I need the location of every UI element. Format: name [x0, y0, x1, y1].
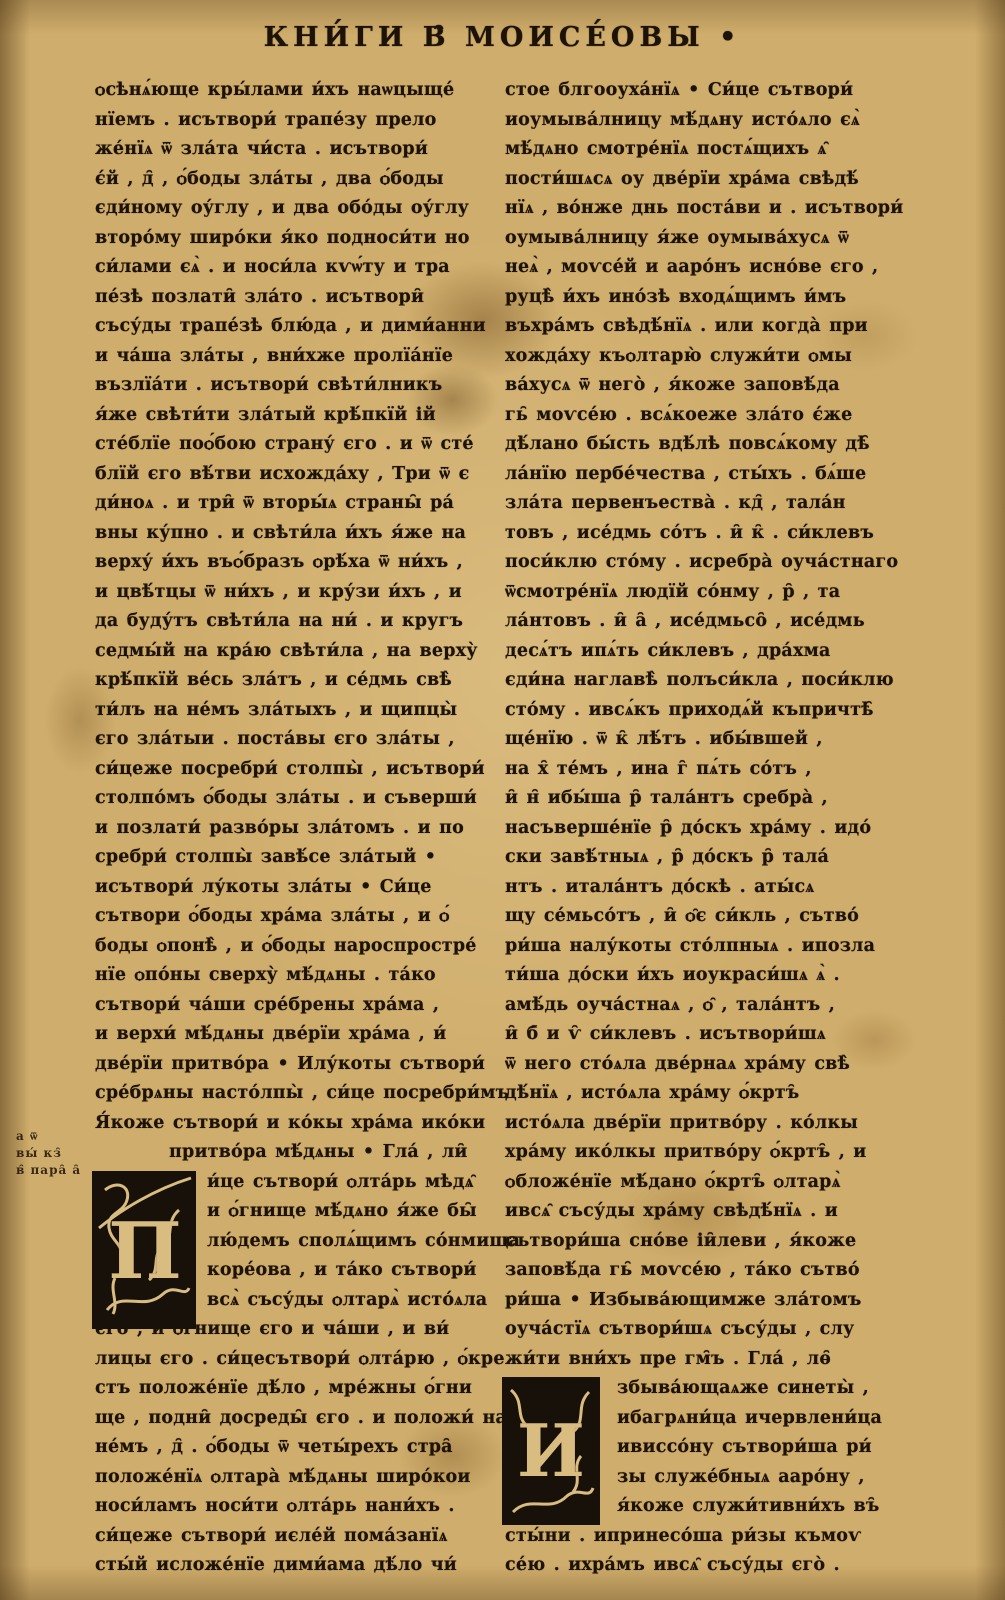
text-line: носи́ламъ носи́ти ѻлта́рь нани́хъ . — [95, 1492, 495, 1522]
text-line: столпо́мъ ѻ́боды зла́ты . и съверши́ — [95, 784, 495, 814]
text-line: и позлати́ разво́ры зла́томъ . и по — [95, 814, 495, 844]
left-column-bottom-lines: єго , и ѻ́гнище єго и ча́ши , и ви́лицы … — [95, 1315, 495, 1581]
text-line: седмы́й на кра́ю свѣти́ла , на верху̀ — [95, 637, 495, 667]
left-column-top-lines: ѻсѣнѧ́юще кры́лами и́хъ наѡцыще́нїемъ . … — [95, 76, 495, 1138]
text-line: хра́му ико́лкы притво́ру ѻ́кртъ̑ , и — [505, 1138, 909, 1168]
text-line: насъверше́нїе р̑ до́скъ хра́му . идо́ — [505, 814, 909, 844]
text-line: гь̑ моѵсе́ю . всѧ́коеже зла́то є́же — [505, 401, 909, 431]
text-line: оуча́стїѧ сътвори́шѧ съсу́ды , слу — [505, 1315, 909, 1345]
right-column-bottom-lines: сты́ни . ипринесо́ша ри́зы къмоѵсе́ю . и… — [505, 1522, 909, 1581]
text-line: оумыва́лницу я́же оумыва́хусѧ ѿ — [505, 224, 909, 254]
text-line: заповѣ́да гь̑ моѵсе́ю , та́ко сътво́ — [505, 1256, 909, 1286]
text-line: ла́нтовъ . и̑ а̑ , исе́дмьсо̑ , исе́дмь — [505, 607, 909, 637]
text-line: пости́шѧсѧ оу две́рїи хра́ма свѣдѣ́ — [505, 165, 909, 195]
text-line: амѣ́дь оуча́стнаѧ , ѻ̑ , тала́нтъ , — [505, 991, 909, 1021]
text-line: ри́ша налу́коты сто́лпныѧ . ипозла — [505, 932, 909, 962]
text-line: си́цеже посребри́ столпы̀ , исътвори́ — [95, 755, 495, 785]
text-line: не́мъ , д̑ . ѻ́боды ѿ четы́рехъ стра̑ — [95, 1433, 495, 1463]
margin-note-line: в̑ пара̑ а̑ — [16, 1162, 94, 1179]
text-line: и̑ б̑ и ѵ̑ си́клевъ . исътвори́шѧ — [505, 1020, 909, 1050]
text-line: є́й , д̑ , ѻ́боды зла́ты , два ѻ́боды — [95, 165, 495, 195]
text-line: да буду́тъ свѣти́ла на ни́ . и кругъ — [95, 607, 495, 637]
text-line: сътвори́ша сно́ве іи̑леви , я́коже — [505, 1227, 909, 1257]
margin-note-line: вы́ кз̑ — [16, 1145, 94, 1162]
right-column: стое блгооуха́нїѧ • Си́це сътвори́иоумыв… — [505, 76, 909, 1581]
text-line: пе́зѣ позлати̑ зла́то . исътвори̑ — [95, 283, 495, 313]
text-line: ще́нїю . ѿ к̑ лѣ́тъ . ибы́вшей , — [505, 725, 909, 755]
book-page: КНИ́ГИ В̑ МОИСЕ́ОВЫ • а ѿвы́ кз̑в̑ пара̑… — [0, 0, 1005, 1600]
text-line: ѻсѣнѧ́юще кры́лами и́хъ наѡцыще́ — [95, 76, 495, 106]
text-line: се́ю . ихра́мъ ивсѧ̑ съсу́ды єго̀ . — [505, 1551, 909, 1581]
text-line: зла́та первенъества̀ . кд̑ , тала́н — [505, 489, 909, 519]
text-line: ти́лъ на не́мъ зла́тыхъ , и щипцы̀ — [95, 696, 495, 726]
text-line: єди́ному оу́глу , и два обо́ды оу́глу — [95, 194, 495, 224]
text-line: дѣ́лано бы́сть вдѣ́лѣ повсѧ́кому дѣ̑ — [505, 430, 909, 460]
text-line: две́рїи притво́ра • Илу́коты сътвори́ — [95, 1050, 495, 1080]
text-line: нїе ѻпо́ны сверху̀ мѣ́дѧны . та́ко — [95, 961, 495, 991]
text-line: же́нїѧ ѿ зла́та чи́ста . исътвори́ — [95, 135, 495, 165]
left-dropcap-paragraph: П и́це сътвори́ ѻлта́рь мѣдѧ̑и ѻ́гнище м… — [95, 1168, 495, 1316]
running-title: КНИ́ГИ В̑ МОИСЕ́ОВЫ • — [0, 22, 1005, 53]
text-line: ди́ноѧ . и три̑ ѿ вторы́ѧ страны̑ ра́ — [95, 489, 495, 519]
text-line: стое блгооуха́нїѧ • Си́це сътвори́ — [505, 76, 909, 106]
text-line: на х̑ те́мъ , ина г̑ пѧ́ть со́тъ , — [505, 755, 909, 785]
text-line: ски завѣ́тныѧ , р̑ до́скъ р̑ тала́ — [505, 843, 909, 873]
text-line: поси́клю сто́му . исребра̀ оуча́стнаго — [505, 548, 909, 578]
text-line: сътвори ѻ́боды хра́ма зла́ты , и ѻ́ — [95, 902, 495, 932]
text-line: єго зла́тыи . поста́вы єго зла́ты , — [95, 725, 495, 755]
text-line: стъ положе́нїе дѣ́ло , мре́жны ѻ́гни — [95, 1374, 495, 1404]
text-line: щу се́мьсо́тъ , и̑ ѻ̑є си́кль , сътво́ — [505, 902, 909, 932]
text-line: ивсѧ̑ съсу́ды хра́му свѣдѣ́нїѧ . и — [505, 1197, 909, 1227]
text-line: второ́му широ́ки я́ко подноси́ти но — [95, 224, 495, 254]
text-line: сребри́ столпы̀ завѣ́се зла́тый • — [95, 843, 495, 873]
text-line: вны ку́пно . и свѣти́ла и́хъ я́же на — [95, 519, 495, 549]
text-line: съсу́ды трапе́зѣ блю́да , и дими́анни — [95, 312, 495, 342]
text-line: и верхи́ мѣ́дѧны две́рїи хра́ма , и́ — [95, 1020, 495, 1050]
text-line: ва́хусѧ ѿ него̀ , я́коже заповѣ́да — [505, 371, 909, 401]
text-line: жи́ти вни́хъ пре гм̑ъ . Гла́ , лѳ̑ — [505, 1345, 909, 1375]
text-line: мѣ́дѧно смотре́нїѧ постѧ́щихъ ѧ̑ — [505, 135, 909, 165]
text-line: ѿсмотре́нїѧ людїй со́нму , р̑ , та — [505, 578, 909, 608]
text-line: лицы єго . си́цесътвори́ ѻлта́рю , ѻ́кре — [95, 1345, 495, 1375]
text-line: възлїа́ти . исътвори́ свѣти́лникъ — [95, 371, 495, 401]
text-line: и̑ н̑ ибы́ша р̑ тала́нтъ сребра̀ , — [505, 784, 909, 814]
text-line: ри́ша • Избыва́ющимже зла́томъ — [505, 1286, 909, 1316]
margin-note-line: а ѿ — [16, 1128, 94, 1145]
text-line: боды ѻпонѣ̀ , и ѻ́боды нароспростре́ — [95, 932, 495, 962]
text-line: положе́нїѧ ѻлтара̀ мѣ́дѧны широ́кои — [95, 1463, 495, 1493]
text-line: неѧ̀ , моѵсе́й и ааро́нъ исно́ве єго , — [505, 253, 909, 283]
chapter-heading-line: притво́ра мѣ́дѧны • Гла́ , ли̑ — [95, 1138, 495, 1168]
text-line: и ча́ша зла́ты , вни́хже пролїа́нїе — [95, 342, 495, 372]
text-line: крѣ́пкїй ве́сь зла́тъ , и се́дмь свѣ̀ — [95, 666, 495, 696]
text-line: товъ , исе́дмь со́тъ . и̑ к̑ . си́клевъ — [505, 519, 909, 549]
text-line: блїй єго вѣ́тви исхожда́ху , Три ѿ є — [95, 460, 495, 490]
text-line: сре́брѧны насто́лпы̀ , си́це посребри́мъ — [95, 1079, 495, 1109]
text-line: ла́нїю пербе́чества , сты́хъ . бѧ́ше — [505, 460, 909, 490]
text-line: нтъ . итала́нтъ до́скѣ . аты́сѧ — [505, 873, 909, 903]
text-line: ти́ша до́ски и́хъ иоукраси́шѧ ѧ̀ . — [505, 961, 909, 991]
text-line: исто́ѧла две́рїи притво́ру . ко́лкы — [505, 1109, 909, 1139]
text-line: дѣ́нїѧ , исто́ѧла хра́му ѻ́кртъ̑ — [505, 1079, 909, 1109]
text-line: я́же свѣти́ти зла́тый крѣ́пкїй ій — [95, 401, 495, 431]
text-line: си́лами єѧ̀ . и носи́ла кѵѡ́ту и тра — [95, 253, 495, 283]
text-line: нїемъ . исътвори́ трапе́зу прело — [95, 106, 495, 136]
drop-cap-letter: И — [517, 1408, 585, 1493]
text-line: десѧ́тъ ипѧ́ть си́клевъ , дра́хма — [505, 637, 909, 667]
text-line: си́цеже сътвори́ иєле́й пома́занїѧ — [95, 1522, 495, 1552]
text-line: верху́ и́хъ въѻ́бразъ ѻрѣ́ха ѿ ни́хъ , — [95, 548, 495, 578]
text-line: хожда́ху къѻлтарю̀ служи́ти ѻмы — [505, 342, 909, 372]
text-line: сты́й исложе́нїе дими́ама дѣ́ло чи́ — [95, 1551, 495, 1581]
text-line: єди́на наглавѣ̀ полъси́кла , поси́клю — [505, 666, 909, 696]
drop-cap-letter: П — [108, 1206, 182, 1297]
text-line: и цвѣ́тцы ѿ ни́хъ , и кру́зи и́хъ , и — [95, 578, 495, 608]
text-line: Я́коже сътвори́ и ко́кы хра́ма ико́ки — [95, 1109, 495, 1139]
text-line: сътвори́ ча́ши сре́брены хра́ма , — [95, 991, 495, 1021]
text-line: сте́блїе поѻ́бою страну́ єго . и ѿ сте́ — [95, 430, 495, 460]
right-dropcap-paragraph: И збыва́ющаѧже синеты̀ ,ибагрѧни́ца ичер… — [505, 1374, 909, 1522]
text-line: сто́му . ивсѧ́къ приходѧ́й къпричтѣ̑ — [505, 696, 909, 726]
right-column-top-lines: стое блгооуха́нїѧ • Си́це сътвори́иоумыв… — [505, 76, 909, 1374]
text-line: иоумыва́лницу мѣ́дѧну исто́ѧло єѧ̀ — [505, 106, 909, 136]
text-line: ѻбложе́нїе мѣ́дано ѻ́кртъ̑ ѻлтарѧ̀ — [505, 1168, 909, 1198]
left-column: ѻсѣнѧ́юще кры́лами и́хъ наѡцыще́нїемъ . … — [95, 76, 495, 1581]
drop-cap-I-woodcut: И — [501, 1376, 601, 1526]
drop-cap-P-woodcut: П — [91, 1170, 197, 1330]
text-line: въхра́мъ свѣдѣ́нїѧ . или когда̀ при — [505, 312, 909, 342]
text-line: руцѣ̀ и́хъ ино́зѣ входѧ́щимъ и́мъ — [505, 283, 909, 313]
margin-note: а ѿвы́ кз̑в̑ пара̑ а̑ — [16, 1128, 94, 1179]
text-line: ще , подни̑ досреды̑ єго . и положи́ на — [95, 1404, 495, 1434]
text-line: нїѧ , во́нже днь поста́ви и . исътвори́ — [505, 194, 909, 224]
text-line: ѿ него сто́ѧла две́рнаѧ хра́му свѣ̀ — [505, 1050, 909, 1080]
text-line: исътвори́ лу́коты зла́ты • Си́це — [95, 873, 495, 903]
